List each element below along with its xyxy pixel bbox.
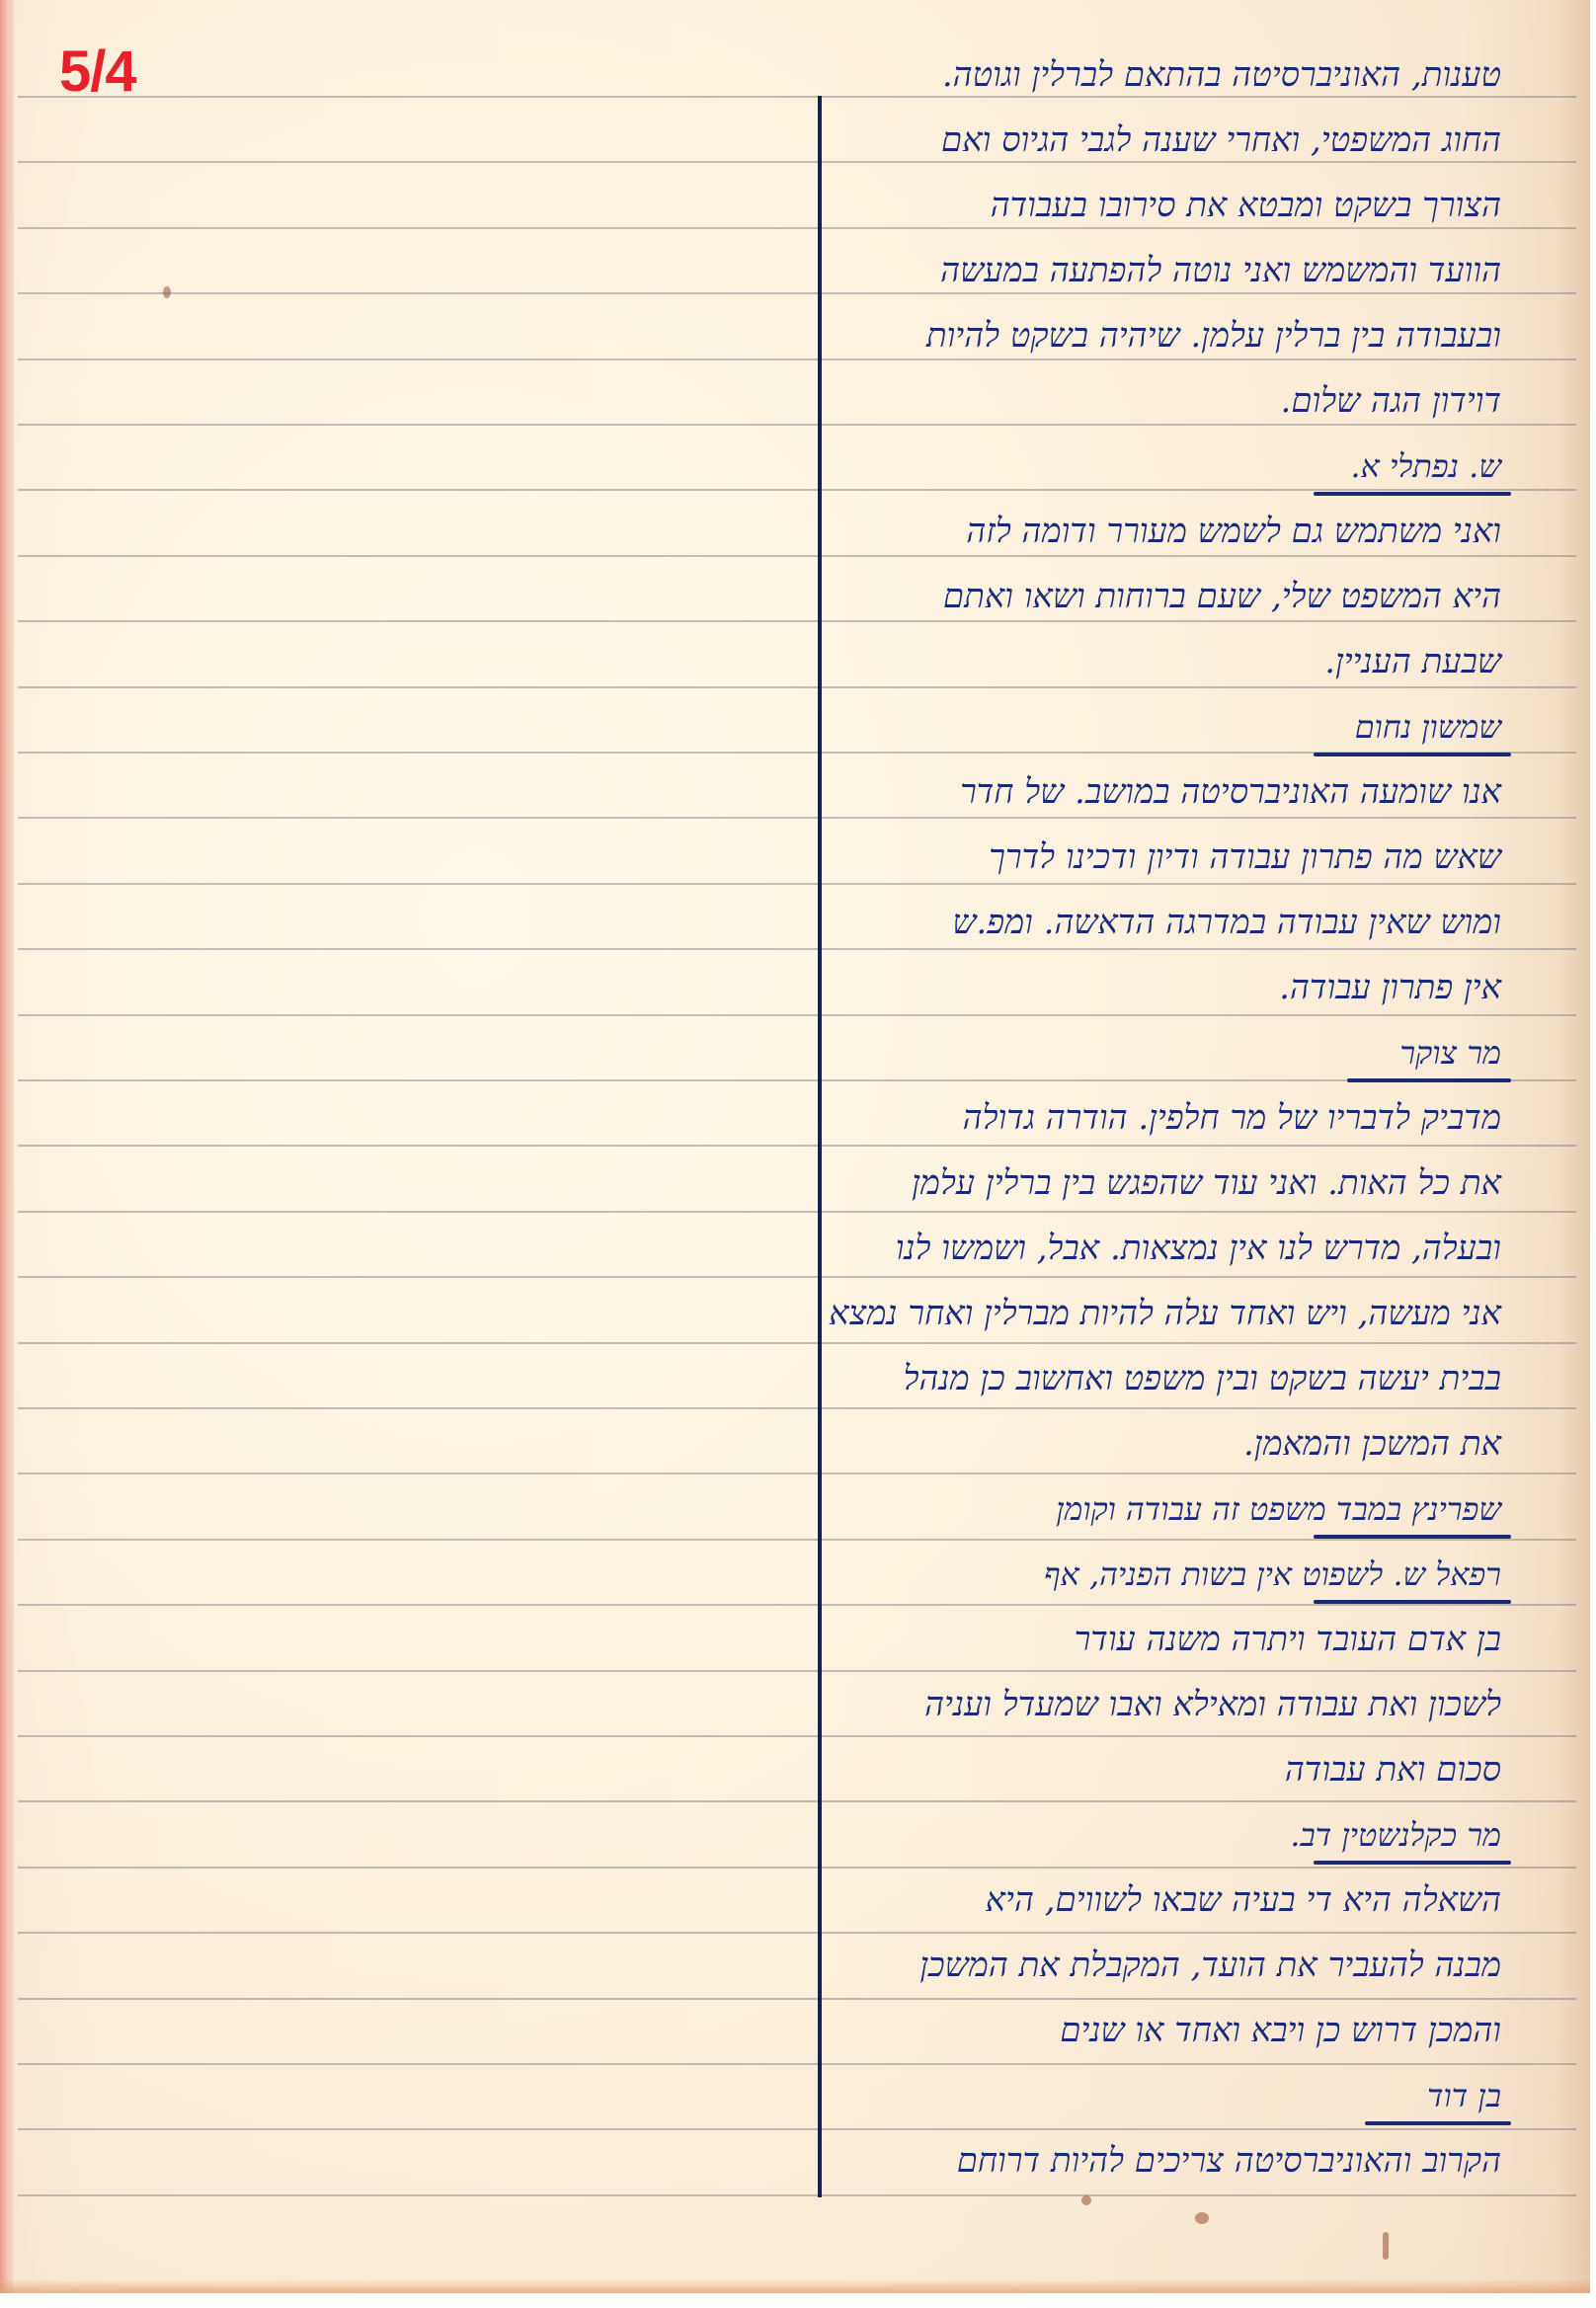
ruled-line: [18, 620, 1576, 622]
text-line: ואני משתמש גם לשמש מעורר ודומה לזה: [966, 512, 1501, 551]
text-line: מדביק לדבריו של מר חלפין. הודרה גדולה: [963, 1098, 1501, 1138]
ruled-line: [18, 2128, 1576, 2130]
ruled-line: [18, 1539, 1576, 1541]
ruled-line: [18, 1670, 1576, 1672]
speaker-underline: [1314, 753, 1511, 756]
text-line: ומוש שאין עבודה במדרגה הדאשה. ומפ.ש: [952, 903, 1501, 942]
speaker-name: שפרינץ במבד משפט זה עבודה וקומן: [1056, 1489, 1501, 1529]
ruled-line: [18, 227, 1576, 229]
text-line: והמכן דרוש כן ויבא ואחד או שנים: [1060, 2011, 1501, 2050]
speaker-name: ש. נפתלי א.: [1350, 446, 1501, 486]
speaker-underline: [1365, 2121, 1511, 2125]
speaker-name: מר צוקר: [1399, 1033, 1501, 1073]
ink-stain: [1383, 2232, 1389, 2260]
speaker-name: רפאל ש. לשפוט אין בשות הפניה, אף: [1044, 1554, 1501, 1594]
ruled-line: [18, 948, 1576, 950]
page-number-label: 5/4: [59, 43, 136, 101]
ruled-line: [18, 489, 1576, 491]
text-line: ובעבודה בין ברלין עלמן. שיהיה בשקט להיות: [926, 316, 1501, 356]
text-line: סכום ואת עבודה: [1285, 1750, 1501, 1790]
text-line: בבית יעשה בשקט ובין משפט ואחשוב כן מנהל: [904, 1359, 1501, 1398]
ruled-line: [18, 161, 1576, 163]
ink-stain: [1195, 2212, 1209, 2224]
notebook-page: 5/4 טענות, האוניברסיטה בהתאם לברלין וגוט…: [0, 0, 1590, 2293]
ruled-line: [18, 1735, 1576, 1737]
text-line: הקרוב והאוניברסיטה צריכים להיות דרוחם: [957, 2141, 1501, 2181]
ruled-line: [18, 817, 1576, 819]
ruled-line: [18, 1867, 1576, 1869]
ruled-line: [18, 358, 1576, 360]
ruled-line: [18, 2063, 1576, 2065]
ruled-line: [18, 555, 1576, 557]
ruled-line: [18, 292, 1576, 294]
text-line: אנו שומעה האוניברסיטה במושב. של חדר: [960, 772, 1501, 812]
text-line: מבנה להעביר את הועד, המקבלת את המשכן: [919, 1946, 1501, 1985]
text-line: אני מעשה, ויש ואחד עלה להיות מברלין ואחר…: [829, 1294, 1501, 1333]
ruled-line: [18, 1407, 1576, 1409]
ruled-line: [18, 1211, 1576, 1213]
text-line: דוידון הגה שלום.: [1281, 381, 1501, 421]
speaker-underline: [1347, 1078, 1511, 1082]
ruled-line: [18, 2194, 1576, 2196]
speaker-name: מר כקלנשטין דב.: [1290, 1815, 1501, 1855]
ruled-line: [18, 1800, 1576, 1802]
ink-stain: [163, 286, 171, 298]
text-line: טענות, האוניברסיטה בהתאם לברלין וגוטה.: [942, 55, 1501, 95]
ruled-line: [18, 1079, 1576, 1081]
speaker-underline: [1314, 1861, 1511, 1865]
text-line: את המשכן והמאמן.: [1243, 1424, 1501, 1464]
text-line: הוועד והמשמש ואני נוטה להפתעה במעשה: [940, 251, 1501, 290]
text-line: את כל האות. ואני עוד שהפגש בין ברלין עלמ…: [912, 1163, 1501, 1203]
speaker-underline: [1314, 1600, 1511, 1604]
speaker-underline: [1314, 1535, 1511, 1539]
text-line: היא המשפט שלי, שעם ברוחות ושאו ואתם: [943, 577, 1501, 616]
text-line: לשכון ואת עבודה ומאילא ואבו שמעדל ועניה: [924, 1685, 1501, 1724]
ruled-line: [18, 686, 1576, 688]
speaker-name: בן דוד: [1427, 2076, 1501, 2115]
text-line: החוג המשפטי, ואחרי שענה לגבי הגיוס ואם: [941, 120, 1501, 160]
text-line: אין פתרון עבודה.: [1279, 968, 1501, 1007]
text-line: בן אדם העובד ויתרה משנה עודר: [1075, 1620, 1501, 1659]
ruled-line: [18, 1276, 1576, 1278]
margin-line: [818, 96, 822, 2197]
text-line: השאלה היא די בעיה שבאו לשווים, היא: [986, 1880, 1501, 1920]
text-line: ובעלה, מדרש לנו אין נמצאות. אבל, ושמשו ל…: [896, 1229, 1501, 1268]
ruled-line: [18, 1472, 1576, 1474]
speaker-name: שמשון נחום: [1355, 707, 1501, 747]
text-line: הצורך בשקט ומבטא את סירובו בעבודה: [991, 186, 1501, 225]
ruled-line: [18, 1342, 1576, 1344]
ruled-line: [18, 1145, 1576, 1147]
ruled-line: [18, 1604, 1576, 1606]
ruled-line: [18, 883, 1576, 885]
ruled-line: [18, 424, 1576, 426]
speaker-underline: [1314, 492, 1511, 496]
text-line: שאש מה פתרון עבודה ודיון ודכינו לדרך: [989, 837, 1501, 877]
ruled-line: [18, 1014, 1576, 1016]
text-line: שבעת העניין.: [1324, 642, 1501, 681]
ruled-line: [18, 96, 1576, 98]
ruled-line: [18, 1932, 1576, 1934]
ink-stain: [1081, 2195, 1091, 2205]
ruled-line: [18, 1998, 1576, 2000]
